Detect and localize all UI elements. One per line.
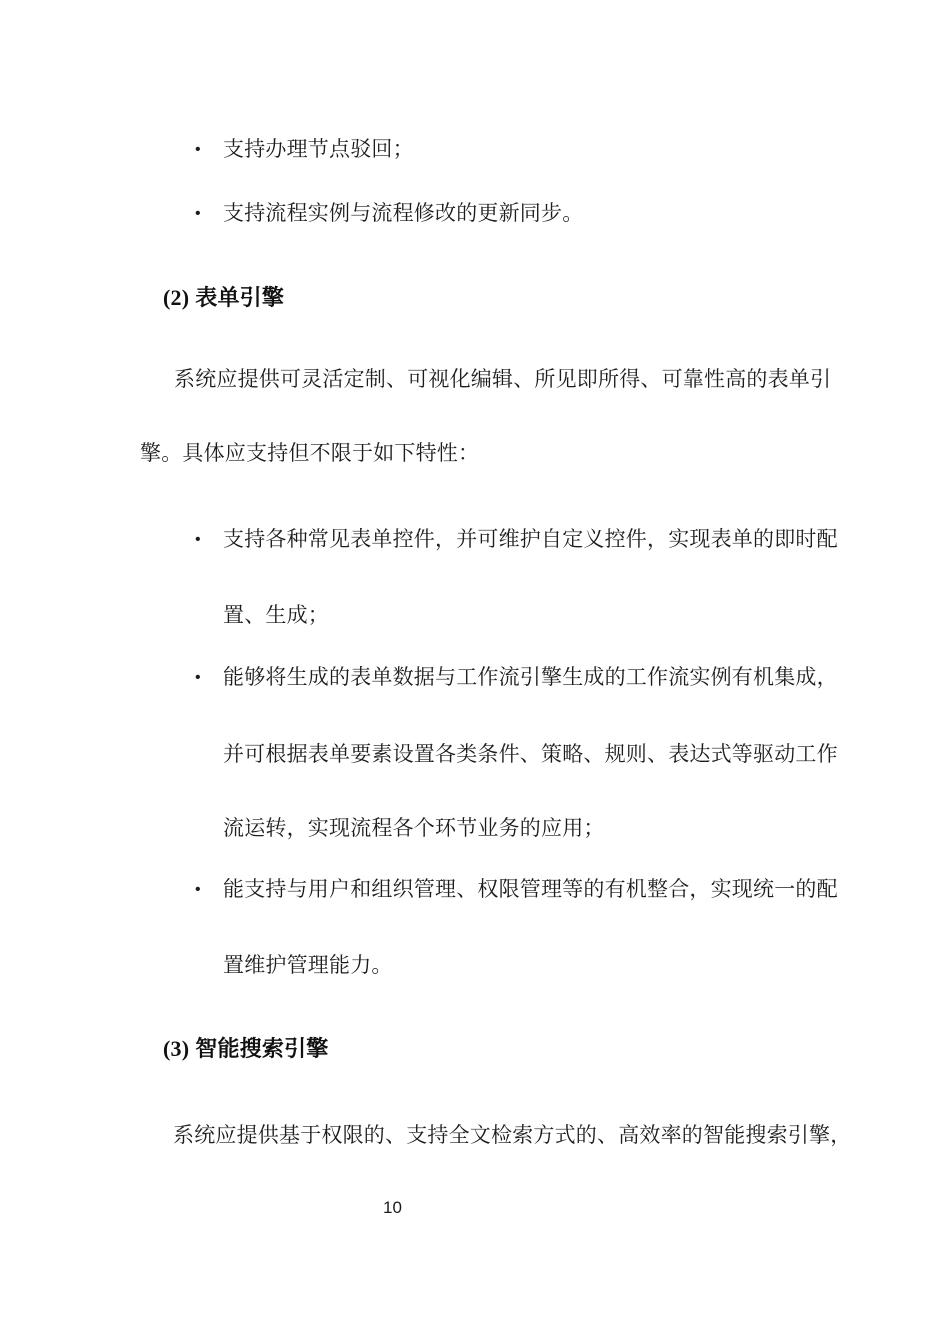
bullet-icon: • xyxy=(195,877,201,903)
workflow-bullet-sync: 支持流程实例与流程修改的更新同步。 xyxy=(223,201,583,227)
bullet-icon: • xyxy=(195,527,201,553)
form-bullet3-line1: 能支持与用户和组织管理、权限管理等的有机整合，实现统一的配 xyxy=(223,877,838,903)
document-page: • 支持办理节点驳回； • 支持流程实例与流程修改的更新同步。 (2)表单引擎 … xyxy=(0,0,950,1344)
heading-number: (2) xyxy=(163,285,189,310)
heading-title: 智能搜索引擎 xyxy=(195,1036,328,1061)
form-bullet2-line2: 并可根据表单要素设置各类条件、策略、规则、表达式等驱动工作 xyxy=(223,742,838,768)
heading-number: (3) xyxy=(163,1036,189,1061)
search-engine-intro-line1: 系统应提供基于权限的、支持全文检索方式的、高效率的智能搜索引擎， xyxy=(173,1123,851,1149)
form-bullet2-line1: 能够将生成的表单数据与工作流引擎生成的工作流实例有机集成， xyxy=(223,665,838,691)
section-heading-form-engine: (2)表单引擎 xyxy=(163,285,284,311)
form-engine-intro-line2: 擎。具体应支持但不限于如下特性： xyxy=(140,441,479,467)
form-bullet2-line3: 流运转，实现流程各个环节业务的应用； xyxy=(223,816,605,842)
bullet-icon: • xyxy=(195,201,201,227)
heading-title: 表单引擎 xyxy=(195,285,284,310)
bullet-icon: • xyxy=(195,665,201,691)
form-engine-intro-line1: 系统应提供可灵活定制、可视化编辑、所见即所得、可靠性高的表单引 xyxy=(174,367,831,393)
form-bullet1-line1: 支持各种常见表单控件，并可维护自定义控件，实现表单的即时配 xyxy=(223,527,838,553)
page-number: 10 xyxy=(383,1198,402,1218)
form-bullet3-line2: 置维护管理能力。 xyxy=(223,953,393,979)
section-heading-search-engine: (3)智能搜索引擎 xyxy=(163,1036,328,1062)
form-bullet1-line2: 置、生成； xyxy=(223,603,329,629)
bullet-icon: • xyxy=(195,137,201,163)
workflow-bullet-reject: 支持办理节点驳回； xyxy=(223,137,414,163)
